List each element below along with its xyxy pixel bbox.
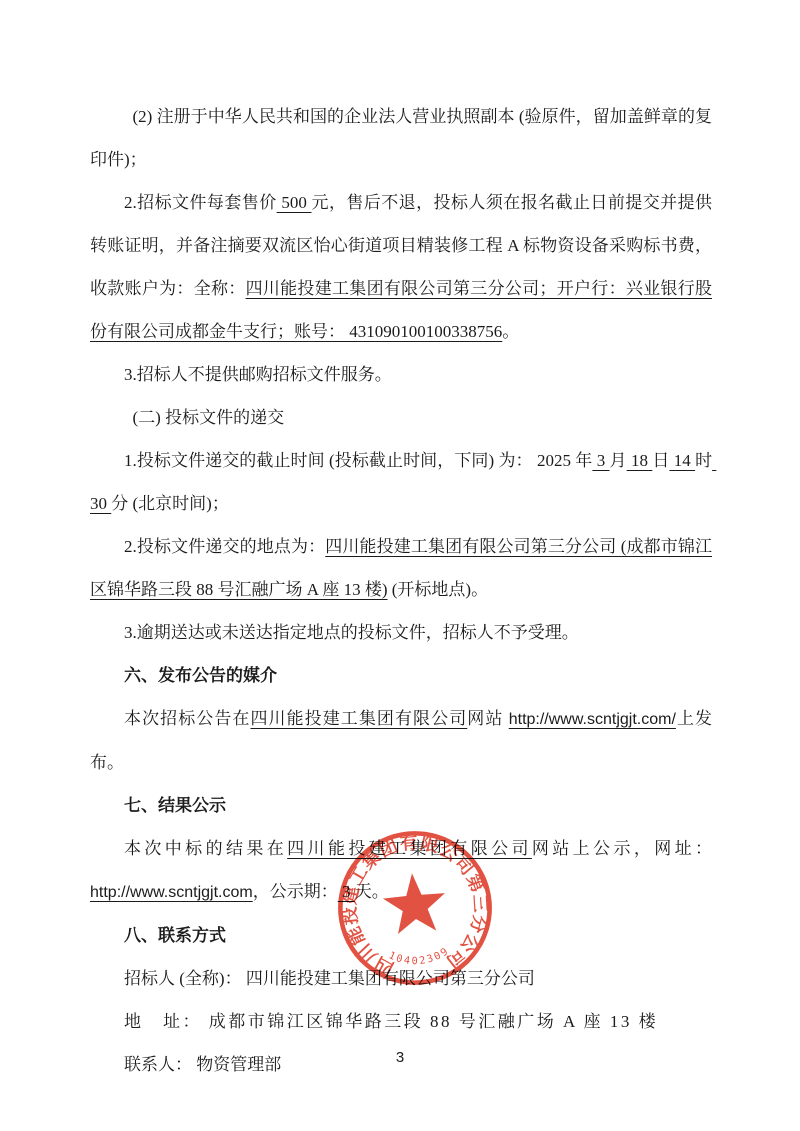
para-bid-doc-price: 2.招标文件每套售价 500 元，售后不退，投标人须在报名截止日前提交并提供转账… <box>90 181 712 353</box>
para-tenderer-name: 招标人 (全称)： 四川能投建工集团有限公司第三分公司 <box>90 957 712 1000</box>
para-announcement-media: 本次招标公告在四川能投建工集团有限公司网站 http://www.scntjgj… <box>90 697 712 784</box>
text-run: 本次招标公告在 <box>124 709 250 728</box>
heading-result-publicity: 七、结果公示 <box>90 784 712 827</box>
text-run: 地 址： 成都市锦江区锦华路三段 88 号汇融广场 A 座 13 楼 <box>124 1012 658 1031</box>
subheading-bid-submission: (二) 投标文件的递交 <box>90 396 712 439</box>
publicity-period-days: 3 <box>338 882 355 901</box>
text-run: 分 (北京时间)； <box>111 494 229 513</box>
deadline-day: 18 <box>627 451 653 470</box>
company-name: 四川能投建工集团有限公司 <box>287 839 532 858</box>
text-run: 月 <box>610 451 627 470</box>
text-run: (二) 投标文件的递交 <box>133 408 285 427</box>
page-number: 3 <box>0 1036 800 1079</box>
text-run: (开标地点)。 <box>388 580 489 599</box>
para-result-publicity: 本次中标的结果在四川能投建工集团有限公司网站上公示，网址：http://www.… <box>90 827 712 914</box>
text-run: (2) 注册于中华人民共和国的企业法人营业执照副本 (验原件，留加盖鲜章的复印件… <box>90 107 712 169</box>
document-body: (2) 注册于中华人民共和国的企业法人营业执照副本 (验原件，留加盖鲜章的复印件… <box>90 95 712 1086</box>
text-run: 招标人 (全称)： 四川能投建工集团有限公司第三分公司 <box>124 969 535 988</box>
text-run: 天。 <box>355 882 389 901</box>
price-value: 500 <box>277 193 312 212</box>
document-page: (2) 注册于中华人民共和国的企业法人营业执照副本 (验原件，留加盖鲜章的复印件… <box>0 0 800 1131</box>
heading-announcement-media: 六、发布公告的媒介 <box>90 654 712 697</box>
heading-contact: 八、联系方式 <box>90 914 712 957</box>
para-submission-place: 2.投标文件递交的地点为：四川能投建工集团有限公司第三分公司 (成都市锦江区锦华… <box>90 525 712 611</box>
company-website-url: http://www.scntjgjt.com <box>90 884 253 901</box>
para-no-mail-order: 3.招标人不提供邮购招标文件服务。 <box>90 353 712 396</box>
deadline-hour: 14 <box>669 451 695 470</box>
company-website-url: http://www.scntjgjt.com/ <box>509 711 676 728</box>
text-run: 。 <box>502 322 519 341</box>
text-run: 3.逾期送达或未送达指定地点的投标文件，招标人不予受理。 <box>124 623 579 642</box>
text-run: 日 <box>652 451 669 470</box>
text-run: 时 <box>695 451 712 470</box>
text-run: 1.投标文件递交的截止时间 (投标截止时间，下同) 为： 2025 年 <box>124 451 592 470</box>
text-run: 2.投标文件递交的地点为： <box>124 537 325 556</box>
text-run: 八、联系方式 <box>124 926 226 945</box>
para-business-license: (2) 注册于中华人民共和国的企业法人营业执照副本 (验原件，留加盖鲜章的复印件… <box>90 95 712 181</box>
deadline-month: 3 <box>592 451 609 470</box>
text-run: 2.招标文件每套售价 <box>124 193 277 212</box>
text-run: 本次中标的结果在 <box>124 839 287 858</box>
text-run: 3.招标人不提供邮购招标文件服务。 <box>124 365 392 384</box>
para-late-delivery: 3.逾期送达或未送达指定地点的投标文件，招标人不予受理。 <box>90 611 712 654</box>
text-run: 网站 <box>467 709 508 728</box>
text-run: 网站上公示，网址： <box>532 839 712 858</box>
text-run: 七、结果公示 <box>124 796 226 815</box>
text-run: ，公示期： <box>253 882 338 901</box>
text-run: 六、发布公告的媒介 <box>124 666 277 685</box>
para-submission-deadline: 1.投标文件递交的截止时间 (投标截止时间，下同) 为： 2025 年 3 月 … <box>90 439 712 525</box>
company-name: 四川能投建工集团有限公司 <box>250 709 467 728</box>
